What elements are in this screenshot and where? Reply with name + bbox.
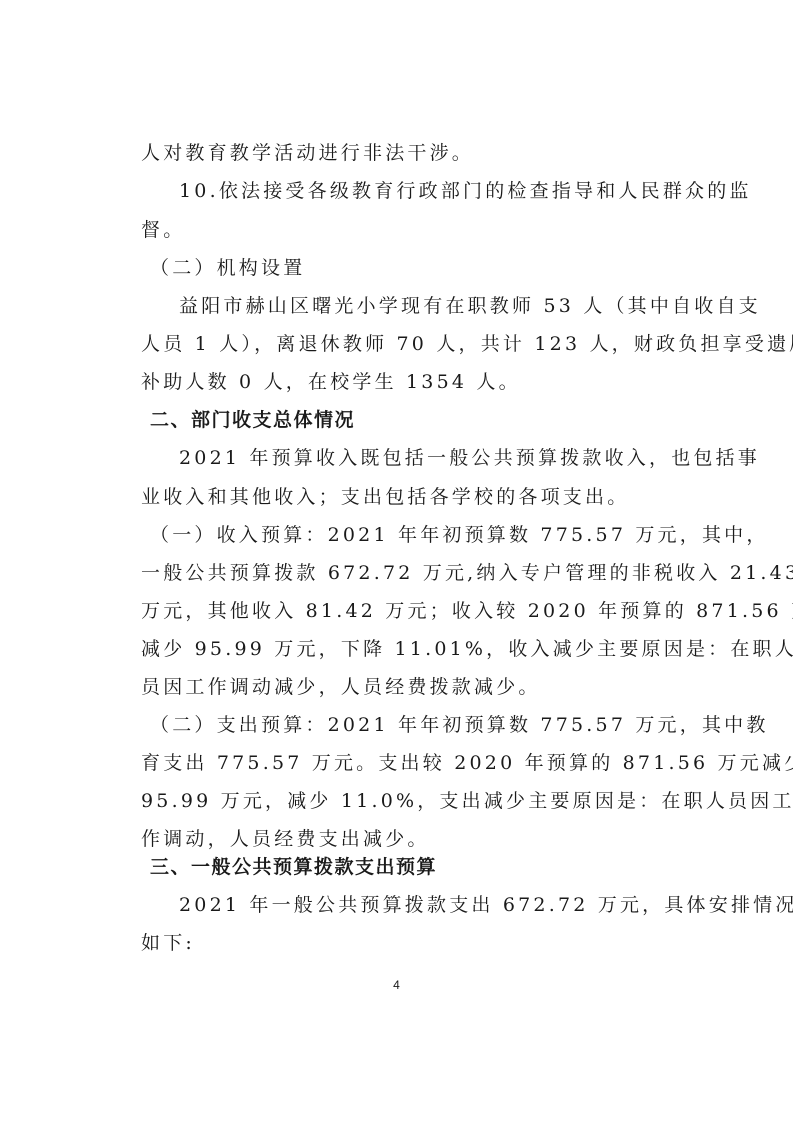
line-6: 补助人数 0 人，在校学生 1354 人。 <box>141 370 521 394</box>
line-13: 减少 95.99 万元，下降 11.01%，收入减少主要原因是：在职人 <box>141 637 793 661</box>
section-heading-public-budget: 三、一般公共预算拨款支出预算 <box>150 855 437 879</box>
line-18: 作调动，人员经费支出减少。 <box>141 827 430 851</box>
page-number: 4 <box>0 978 793 992</box>
line-20: 2021 年一般公共预算拨款支出 672.72 万元，具体安排情况 <box>179 893 793 917</box>
line-8: 2021 年预算收入既包括一般公共预算拨款收入，也包括事 <box>179 446 760 470</box>
section-heading-org-setup: （二）机构设置 <box>150 256 305 280</box>
line-17: 95.99 万元，减少 11.0%，支出减少主要原因是：在职人员因工 <box>141 789 793 813</box>
line-12: 万元，其他收入 81.42 万元；收入较 2020 年预算的 871.56 万元 <box>141 599 793 623</box>
line-15: （二）支出预算：2021 年年初预算数 775.57 万元，其中教 <box>150 713 769 737</box>
line-1: 10.依法接受各级教育行政部门的检查指导和人民群众的监 <box>179 179 752 203</box>
line-10: （一）收入预算：2021 年年初预算数 775.57 万元，其中， <box>150 523 769 547</box>
line-4: 益阳市赫山区曙光小学现有在职教师 53 人（其中自收自支 <box>179 294 761 318</box>
line-9: 业收入和其他收入；支出包括各学校的各项支出。 <box>141 485 629 509</box>
line-16: 育支出 775.57 万元。支出较 2020 年预算的 871.56 万元减少 <box>141 751 793 775</box>
line-14: 员因工作调动减少，人员经费拨款减少。 <box>141 675 541 699</box>
line-5: 人员 1 人），离退休教师 70 人，共计 123 人，财政负担享受遗属 <box>141 332 793 356</box>
line-21: 如下: <box>141 931 195 955</box>
line-11: 一般公共预算拨款 672.72 万元,纳入专户管理的非税收入 21.43 <box>141 561 793 585</box>
line-2: 督。 <box>141 218 185 242</box>
line-0: 人对教育教学活动进行非法干涉。 <box>141 141 474 165</box>
section-heading-budget-overview: 二、部门收支总体情况 <box>150 408 355 432</box>
